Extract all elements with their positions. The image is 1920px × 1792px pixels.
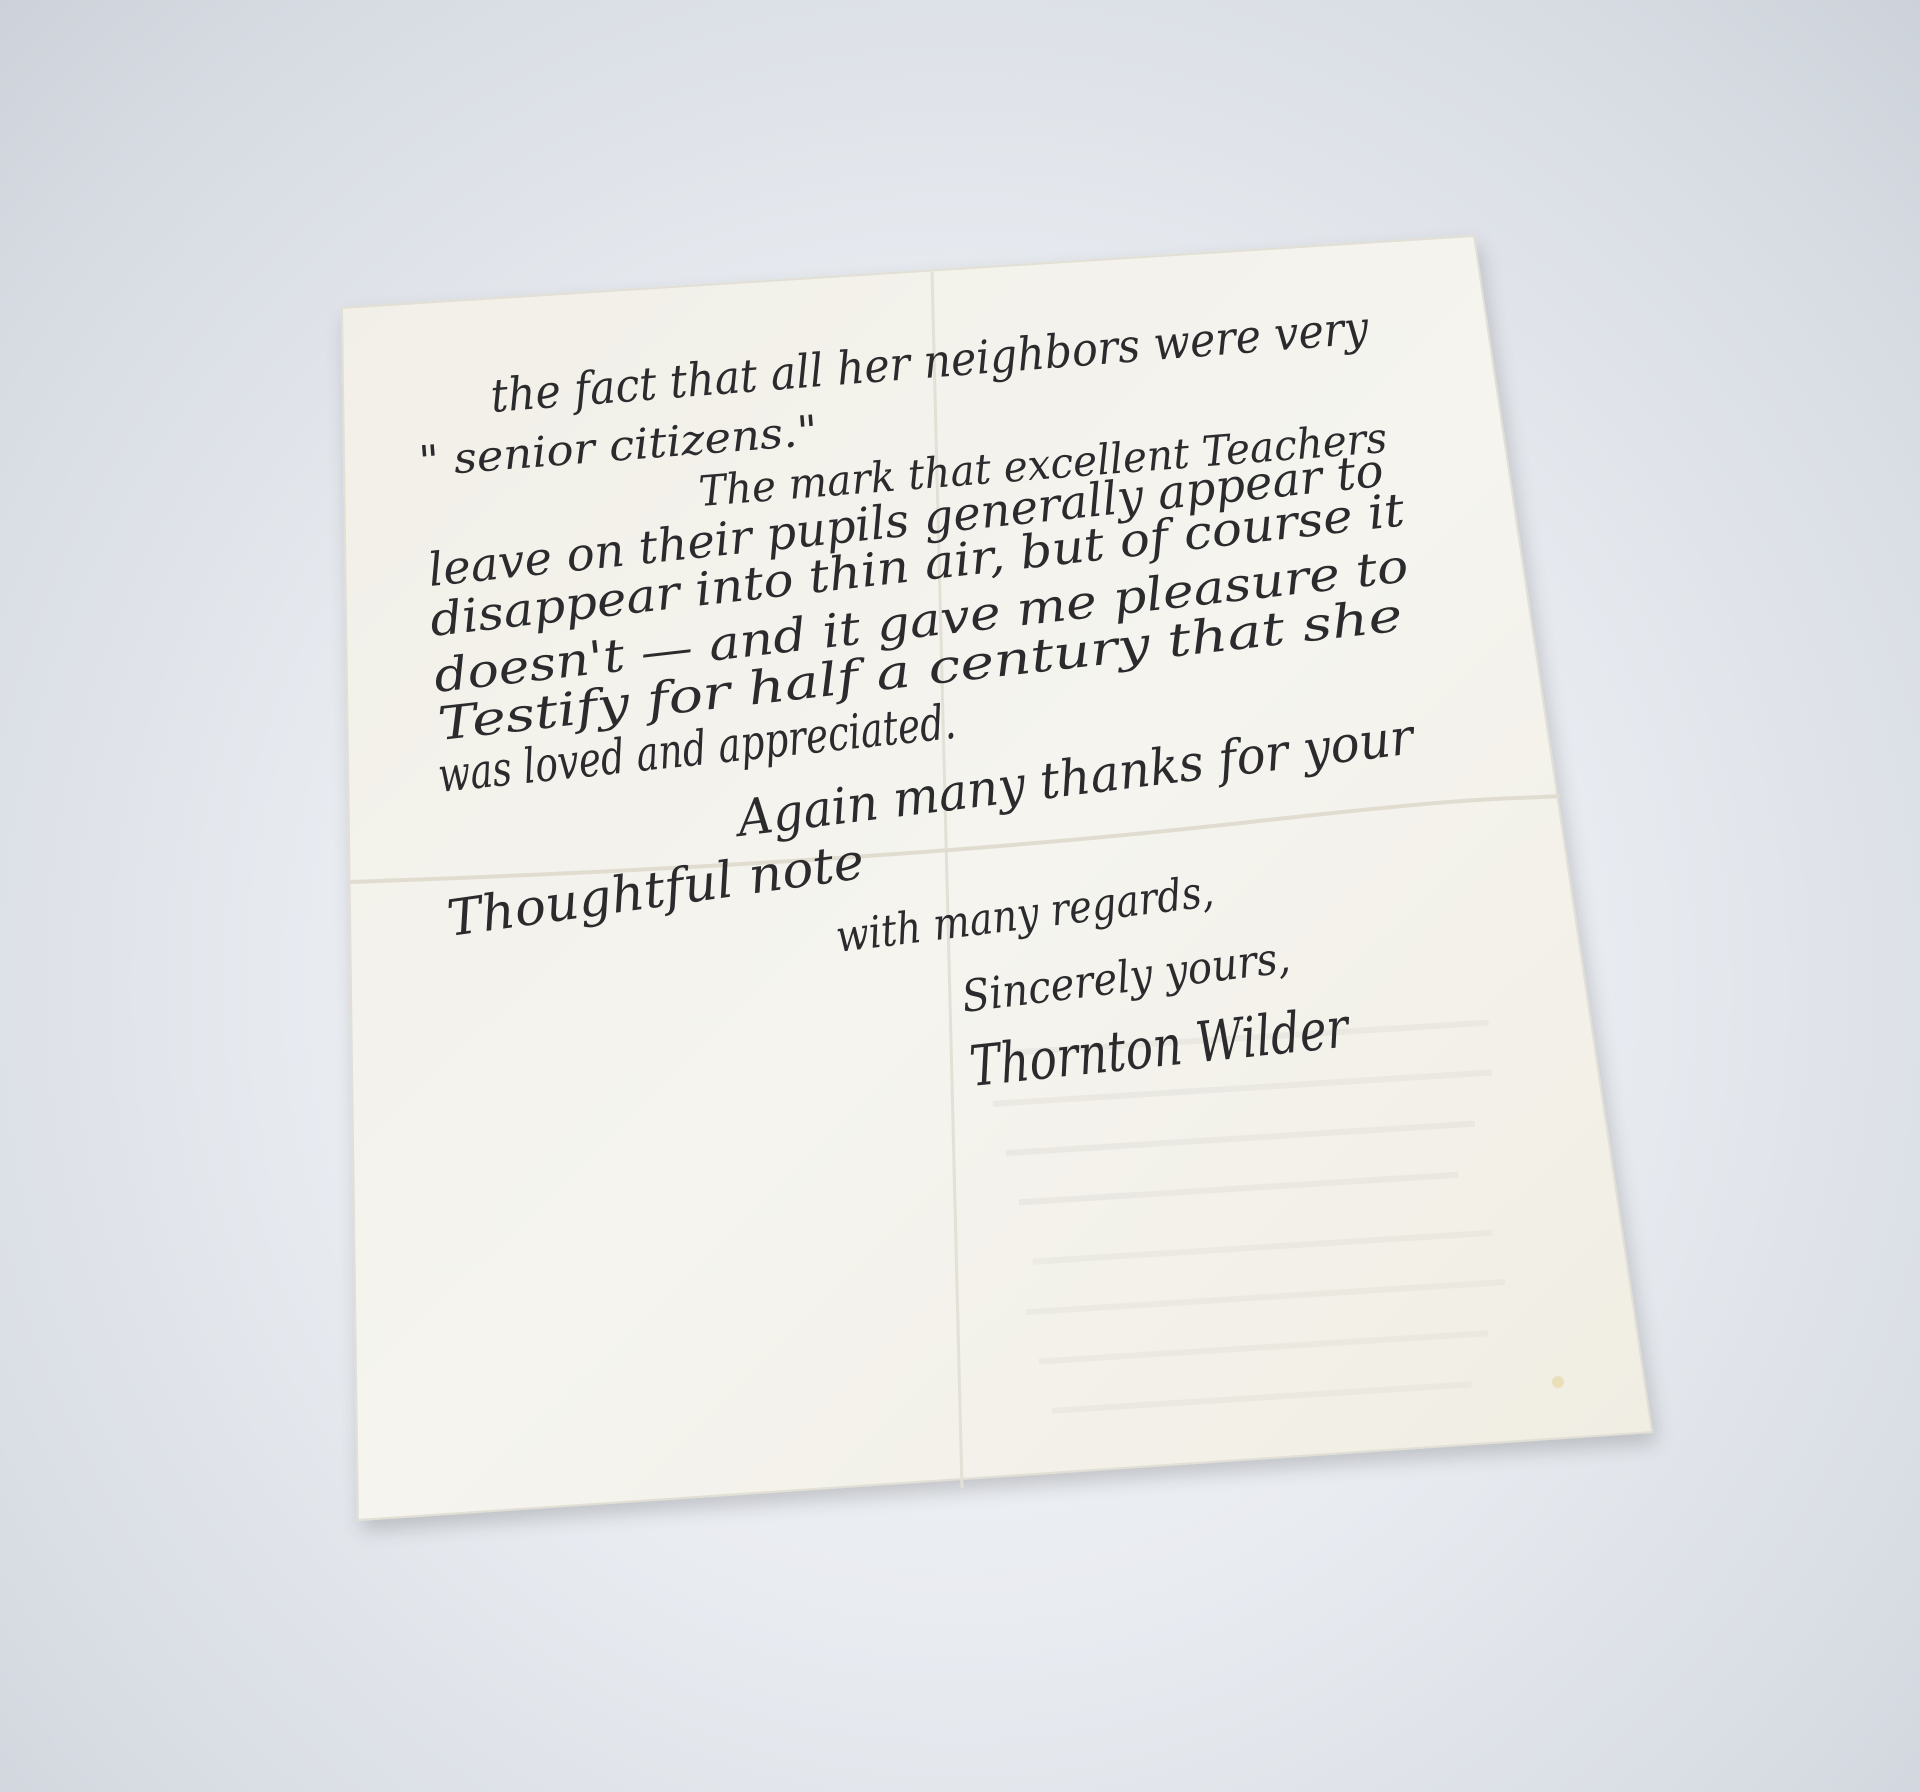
- letter-scene: the fact that all her neighbors were ver…: [0, 0, 1920, 1792]
- paper-stain: [1552, 1376, 1564, 1388]
